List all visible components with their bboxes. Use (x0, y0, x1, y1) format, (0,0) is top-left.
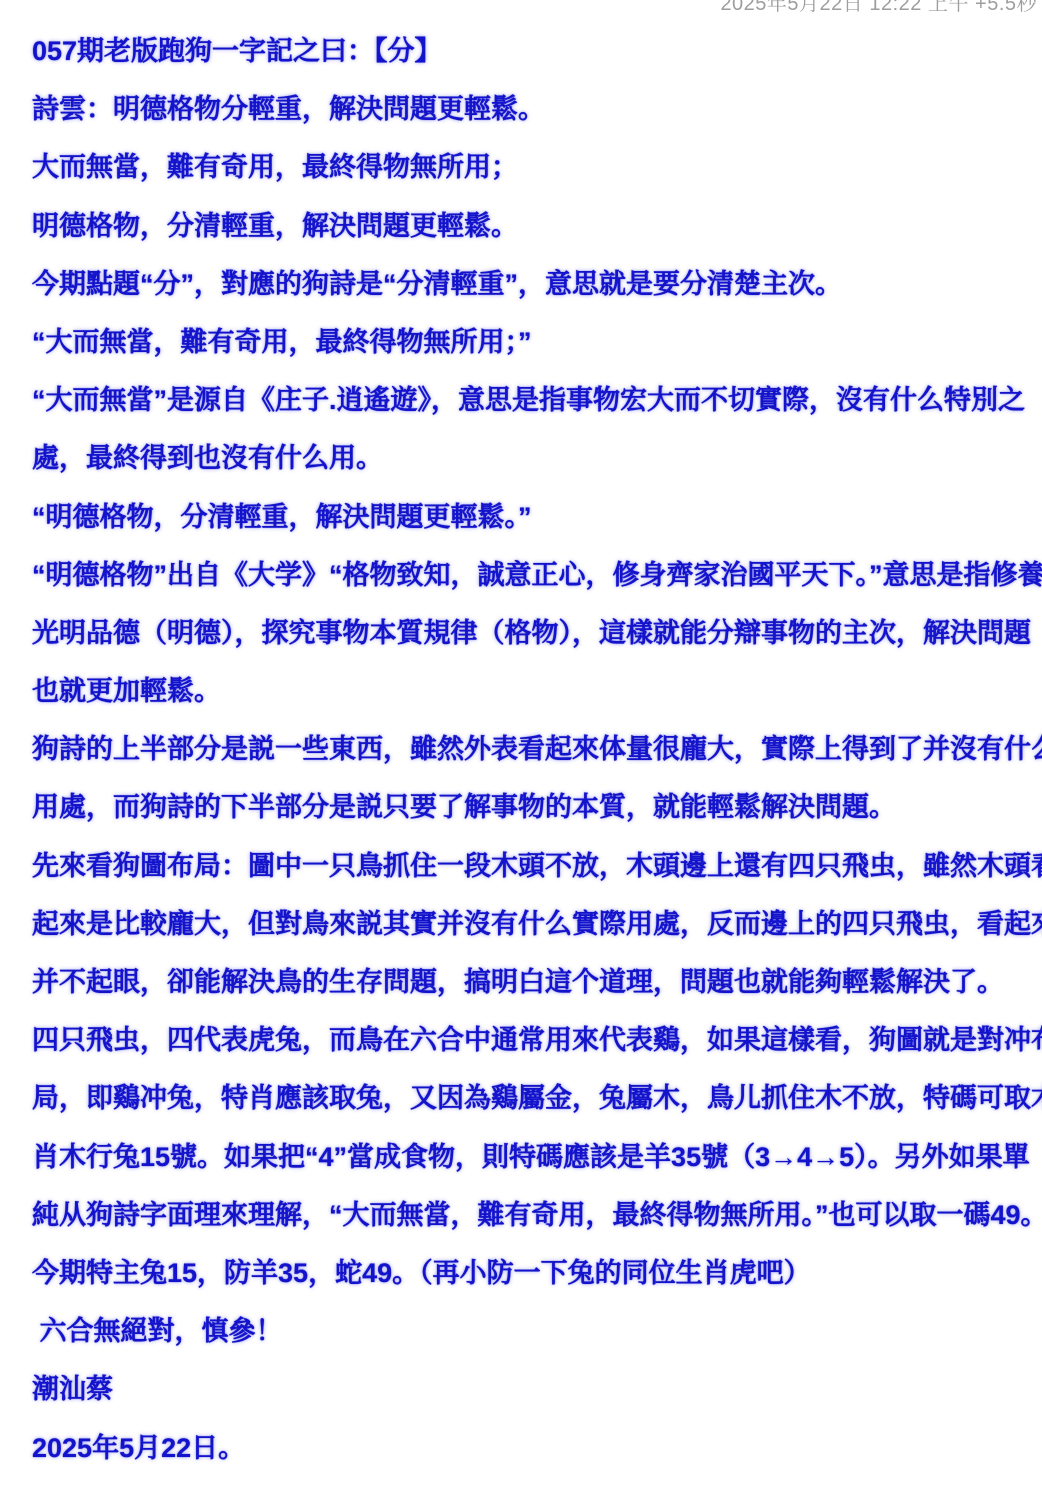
text-line-20: 肖木行兔15號。如果把“4”當成食物，則特碼應該是羊35號（3→4→5）。另外如… (32, 1128, 1022, 1186)
text-line-17: 并不起眼，卻能解決鳥的生存問題，搞明白這个道理，問題也就能夠輕鬆解決了。 (32, 953, 1022, 1011)
text-line-13: 狗詩的上半部分是説一些東西，雖然外表看起來体量很龐大，實際上得到了并沒有什么 (32, 720, 1022, 778)
text-line-23: 六合無絕對，慎參！ (32, 1302, 1022, 1360)
article-body: 057期老版跑狗一字記之曰：【分】詩雲：明德格物分輕重，解決問題更輕鬆。大而無當… (32, 22, 1022, 1477)
text-line-6: “大而無當，難有奇用，最終得物無所用；” (32, 313, 1022, 371)
text-line-12: 也就更加輕鬆。 (32, 662, 1022, 720)
print-timestamp: 2025年5月22日 12:22 上午 +5.5秒 (720, 0, 1037, 16)
text-line-7: “大而無當”是源自《庄子.逍遙遊》，意思是指事物宏大而不切實際，沒有什么特別之 (32, 371, 1022, 429)
text-line-14: 用處，而狗詩的下半部分是説只要了解事物的本質，就能輕鬆解決問題。 (32, 778, 1022, 836)
text-line-5: 今期點題“分”，對應的狗詩是“分清輕重”，意思就是要分清楚主次。 (32, 255, 1022, 313)
text-line-24: 潮汕蔡 (32, 1360, 1022, 1418)
text-line-3: 大而無當，難有奇用，最終得物無所用； (32, 138, 1022, 196)
page: 2025年5月22日 12:22 上午 +5.5秒 057期老版跑狗一字記之曰：… (0, 0, 1042, 1500)
text-line-10: “明德格物”出自《大学》“格物致知，誠意正心，修身齊家治國平天下。”意思是指修養 (32, 546, 1022, 604)
text-line-15: 先來看狗圖布局：圖中一只鳥抓住一段木頭不放，木頭邊上還有四只飛虫，雖然木頭看 (32, 837, 1022, 895)
text-line-2: 詩雲：明德格物分輕重，解決問題更輕鬆。 (32, 80, 1022, 138)
text-line-1: 057期老版跑狗一字記之曰：【分】 (32, 22, 1022, 80)
text-line-21: 純从狗詩字面理來理解，“大而無當，難有奇用，最終得物無所用。”也可以取一碼49。 (32, 1186, 1022, 1244)
text-line-19: 局，即鷄冲兔，特肖應該取兔，又因為鷄屬金，兔屬木，鳥儿抓住木不放，特碼可取木 (32, 1069, 1022, 1127)
text-line-18: 四只飛虫，四代表虎兔，而鳥在六合中通常用來代表鷄，如果這樣看，狗圖就是對冲布 (32, 1011, 1022, 1069)
text-line-25: 2025年5月22日。 (32, 1419, 1022, 1477)
text-line-8: 處，最終得到也沒有什么用。 (32, 429, 1022, 487)
text-line-11: 光明品德（明德），探究事物本質規律（格物），這樣就能分辯事物的主次，解決問題 (32, 604, 1022, 662)
text-line-22: 今期特主兔15，防羊35，蛇49。（再小防一下兔的同位生肖虎吧） (32, 1244, 1022, 1302)
text-line-9: “明德格物，分清輕重，解決問題更輕鬆。” (32, 488, 1022, 546)
text-line-16: 起來是比較龐大，但對鳥來説其實并沒有什么實際用處，反而邊上的四只飛虫，看起來 (32, 895, 1022, 953)
text-line-4: 明德格物，分清輕重，解決問題更輕鬆。 (32, 197, 1022, 255)
